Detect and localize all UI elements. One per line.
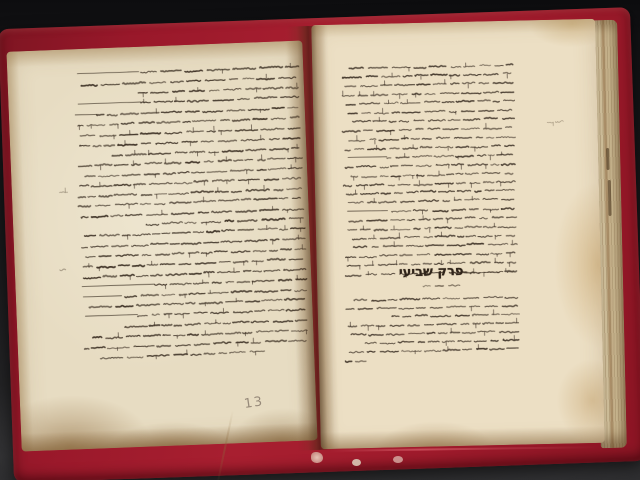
manuscript-left-page: 13: [6, 40, 317, 451]
manuscript-right-page: פרק שביעי: [311, 19, 605, 449]
binding-wear-patch: [393, 456, 403, 463]
right-margin-gloss: [541, 118, 563, 131]
chapter-heading: פרק שביעי: [399, 265, 464, 280]
photo-background: 13 פרק שביעי: [0, 0, 640, 480]
left-margin-gloss: [53, 188, 69, 203]
binding-wear-patch: [352, 459, 361, 466]
left-margin-gloss: [55, 265, 68, 279]
fore-edge-stain: [608, 180, 612, 216]
right-page-text-block-bottom: [343, 293, 521, 373]
heading-line-continuation: [461, 267, 517, 283]
left-page-text-block: [71, 63, 310, 372]
binding-wear-patch: [311, 452, 323, 463]
folio-number-pencil: 13: [243, 394, 264, 412]
chapter-heading-line: פרק שביעי: [345, 264, 519, 282]
right-page-text-block-top: [340, 61, 519, 287]
fore-edge-stain: [606, 148, 609, 170]
